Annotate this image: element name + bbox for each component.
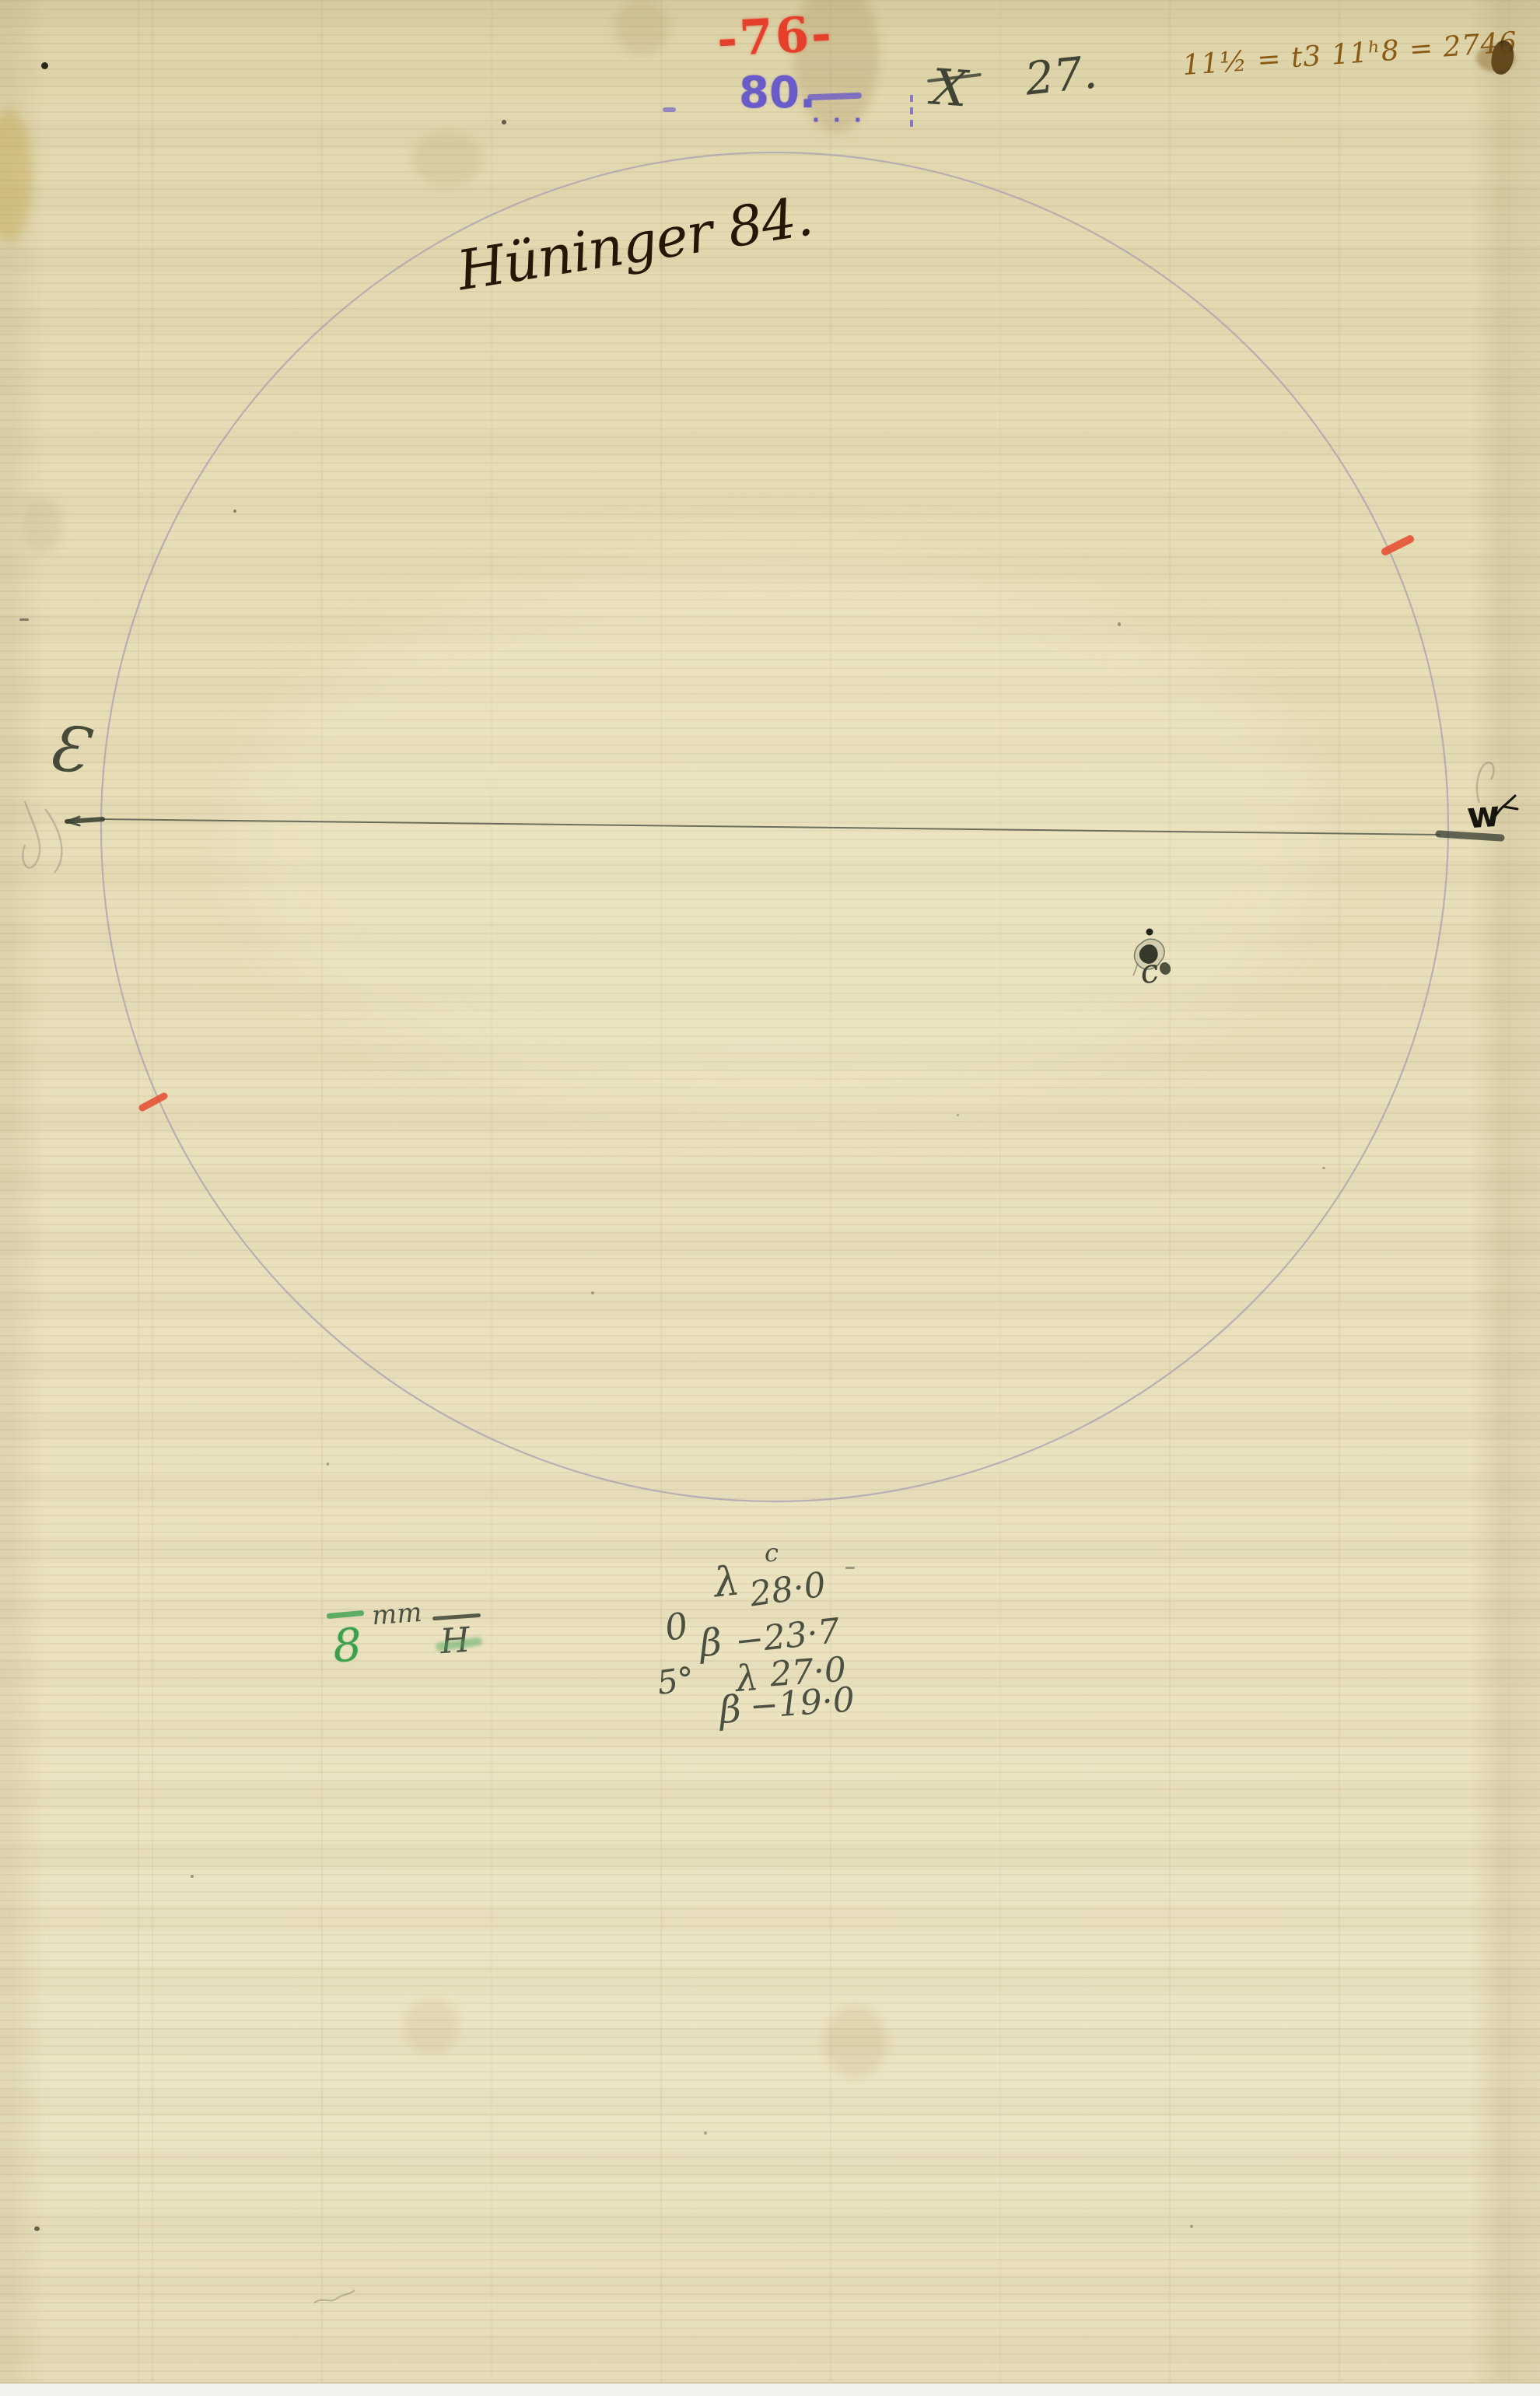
- stamp-number: 80.: [739, 72, 816, 115]
- page-number-red: -76-: [716, 9, 835, 64]
- scanned-sunspot-drawing-page: -76- 80. · · · X 27. 11½ = t3 11ʰ8 = 274…: [0, 0, 1540, 2396]
- sunspot-smudge: [1158, 961, 1172, 976]
- ink-blot-halo: [1476, 45, 1515, 72]
- scale-unit: mm: [371, 1599, 423, 1629]
- measure-symbol: λ: [712, 1561, 741, 1603]
- scale-value: 8: [331, 1622, 363, 1669]
- west-label: w: [1465, 796, 1501, 834]
- measure-value: −19·0: [749, 1683, 856, 1724]
- stamp-dots: · · ·: [812, 110, 865, 131]
- day-number: 27.: [1023, 49, 1099, 101]
- group-superscript: c: [765, 1540, 779, 1565]
- measure-margin: 5°: [655, 1662, 696, 1700]
- sunspot-pore-dot: [1146, 929, 1153, 936]
- ghost-scribble-east: [23, 801, 61, 873]
- red-tick-right-limb: [1385, 539, 1410, 552]
- solar-drawing-layer: [0, 0, 1540, 2396]
- measure-symbol: β: [698, 1624, 723, 1662]
- measure-value: 28·0: [747, 1568, 828, 1612]
- sunspot-sketch-tail: [1133, 963, 1138, 976]
- stamp-tick-left: [663, 107, 676, 112]
- stamp-dashed-rule: [910, 95, 913, 131]
- measure-symbol: β: [718, 1690, 742, 1729]
- month-roman: X: [930, 62, 969, 114]
- scanner-background-strip: [0, 2382, 1540, 2396]
- ghost-scribble-bottom: [314, 2290, 355, 2303]
- east-label: Ɛ: [45, 717, 90, 783]
- east-west-line: [101, 819, 1440, 835]
